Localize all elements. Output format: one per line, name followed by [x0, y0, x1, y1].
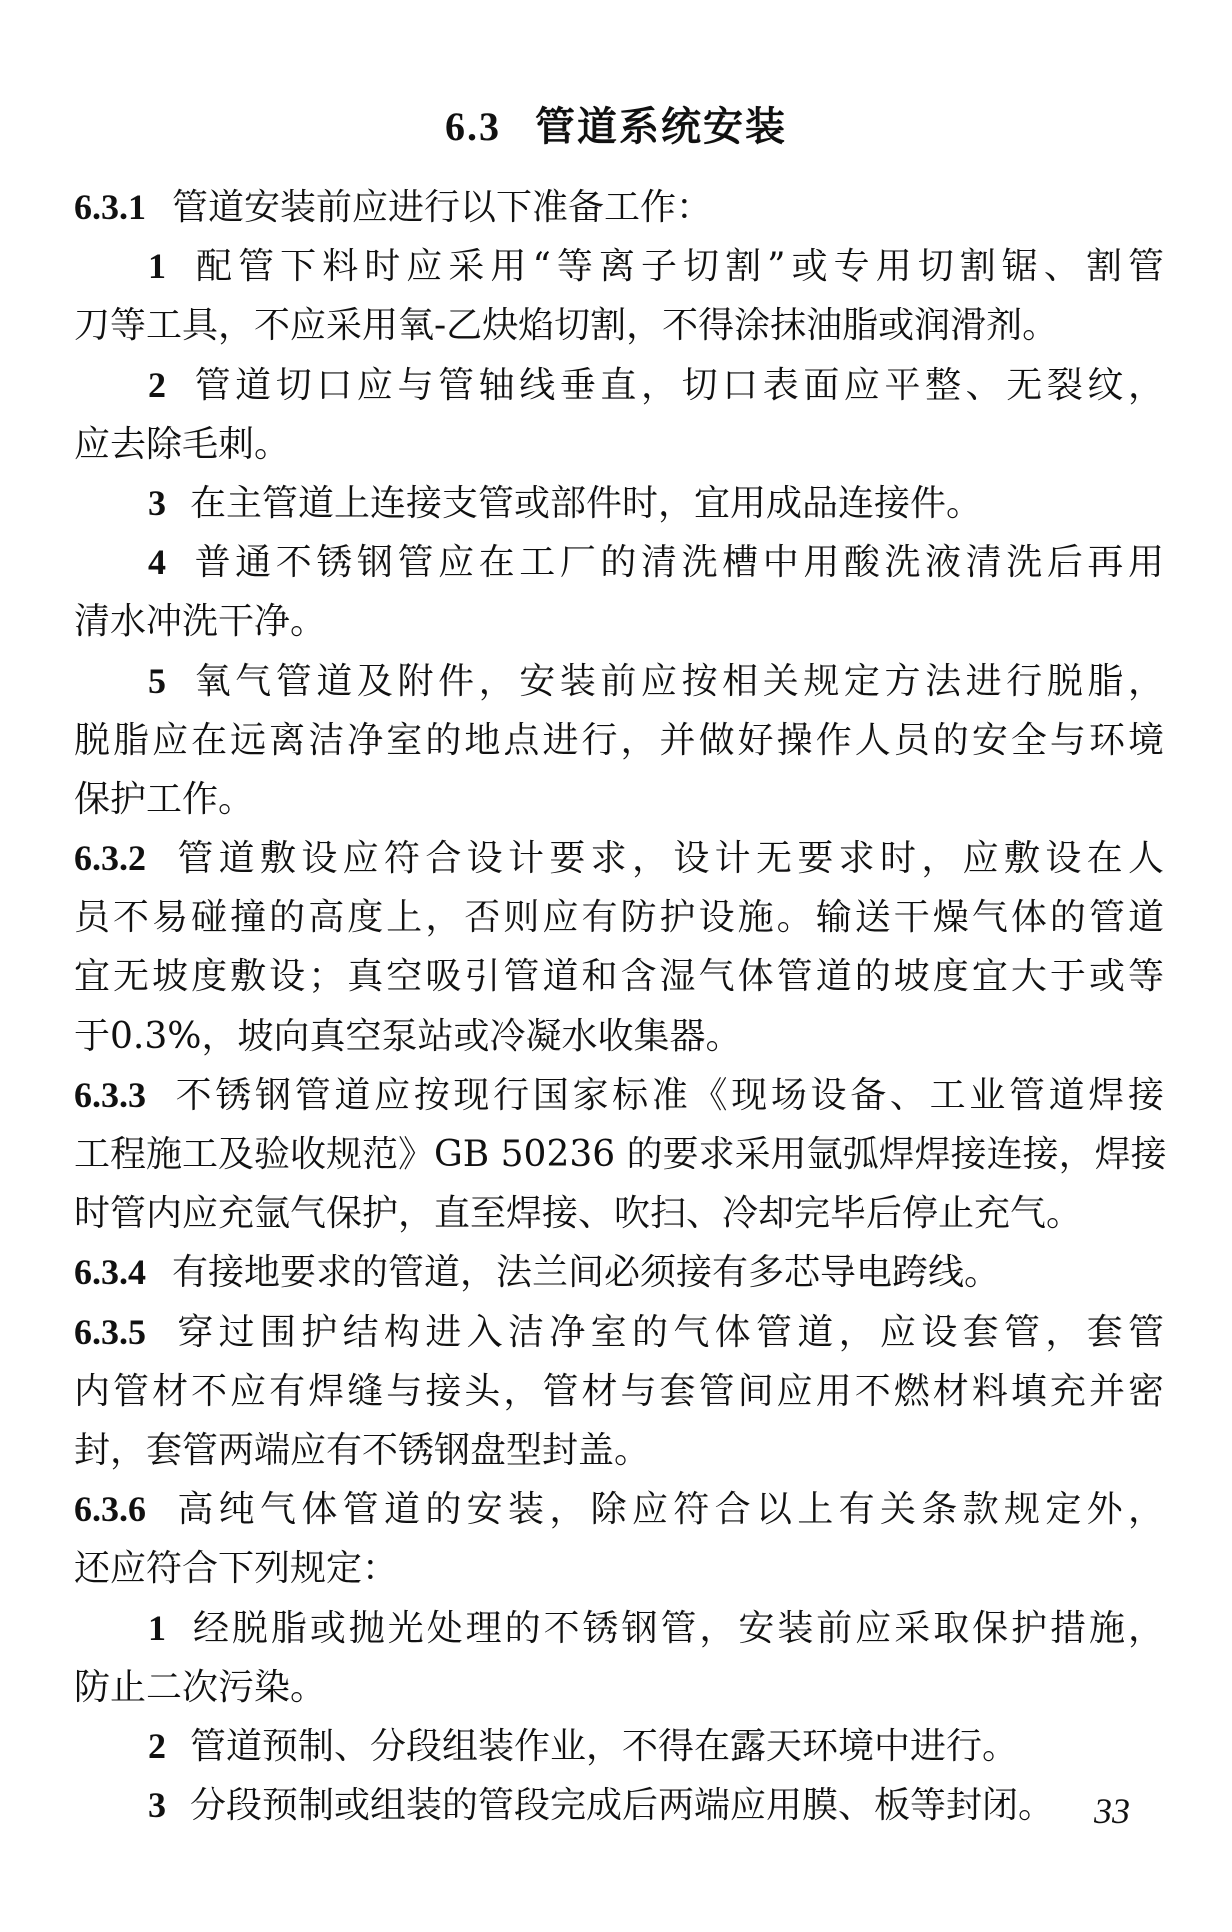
clause-text-cont: 于0.3%，坡向真空泵站或冷凝水收集器。 — [74, 1007, 1164, 1066]
item-1: 1配管下料时应采用“等离子切割”或专用切割锯、割管 — [74, 237, 1164, 296]
item-number: 1 — [148, 246, 166, 286]
item-text: 管道预制、分段组装作业，不得在露天环境中进行。 — [190, 1726, 1018, 1767]
clause-text: 高纯气体管道的安装，除应符合以上有关条款规定外， — [172, 1489, 1164, 1530]
item-2: 2管道切口应与管轴线垂直，切口表面应平整、无裂纹， — [74, 356, 1164, 415]
item-number: 1 — [148, 1608, 166, 1648]
clause-text: 有接地要求的管道，法兰间必须接有多芯导电跨线。 — [172, 1252, 1000, 1293]
item-number: 5 — [148, 661, 166, 701]
clause-text-cont: 封，套管两端应有不锈钢盘型封盖。 — [74, 1421, 1164, 1480]
clause-6-3-3: 6.3.3不锈钢管道应按现行国家标准《现场设备、工业管道焊接 — [74, 1066, 1164, 1125]
item-1: 1经脱脂或抛光处理的不锈钢管，安装前应采取保护措施， — [74, 1599, 1164, 1658]
item-text-cont: 清水冲洗干净。 — [74, 592, 1164, 651]
item-2: 2管道预制、分段组装作业，不得在露天环境中进行。 — [74, 1717, 1164, 1776]
item-text-cont: 应去除毛刺。 — [74, 415, 1164, 474]
clause-6-3-1: 6.3.1管道安装前应进行以下准备工作： — [74, 178, 1164, 237]
item-number: 3 — [148, 1785, 166, 1825]
item-text: 在主管道上连接支管或部件时，宜用成品连接件。 — [190, 483, 982, 524]
clause-6-3-6: 6.3.6高纯气体管道的安装，除应符合以上有关条款规定外， — [74, 1480, 1164, 1539]
clause-text: 管道敷设应符合设计要求，设计无要求时，应敷设在人 — [172, 838, 1164, 879]
clause-text: 穿过围护结构进入洁净室的气体管道，应设套管，套管 — [172, 1312, 1164, 1353]
item-text: 氧气管道及附件，安装前应按相关规定方法进行脱脂， — [190, 661, 1164, 702]
item-text-cont: 脱脂应在远离洁净室的地点进行，并做好操作人员的安全与环境 — [74, 711, 1164, 770]
section-heading: 6.3管道系统安装 — [0, 95, 1232, 152]
clause-number: 6.3.2 — [74, 838, 146, 878]
clause-6-3-4: 6.3.4有接地要求的管道，法兰间必须接有多芯导电跨线。 — [74, 1243, 1164, 1302]
clause-6-3-5: 6.3.5穿过围护结构进入洁净室的气体管道，应设套管，套管 — [74, 1303, 1164, 1362]
document-body: 6.3.1管道安装前应进行以下准备工作： 1配管下料时应采用“等离子切割”或专用… — [74, 178, 1164, 1835]
item-3: 3在主管道上连接支管或部件时，宜用成品连接件。 — [74, 474, 1164, 533]
item-text: 管道切口应与管轴线垂直，切口表面应平整、无裂纹， — [190, 365, 1164, 406]
item-4: 4普通不锈钢管应在工厂的清洗槽中用酸洗液清洗后再用 — [74, 533, 1164, 592]
item-5: 5氧气管道及附件，安装前应按相关规定方法进行脱脂， — [74, 652, 1164, 711]
section-number: 6.3 — [445, 104, 501, 149]
item-number: 4 — [148, 542, 166, 582]
clause-text-cont: 工程施工及验收规范》GB 50236 的要求采用氩弧焊焊接连接，焊接 — [74, 1125, 1164, 1184]
clause-number: 6.3.1 — [74, 187, 146, 227]
clause-6-3-2: 6.3.2管道敷设应符合设计要求，设计无要求时，应敷设在人 — [74, 829, 1164, 888]
item-text: 配管下料时应采用“等离子切割”或专用切割锯、割管 — [190, 246, 1164, 287]
item-3: 3分段预制或组装的管段完成后两端应用膜、板等封闭。 — [74, 1776, 1164, 1835]
item-number: 2 — [148, 365, 166, 405]
item-text: 普通不锈钢管应在工厂的清洗槽中用酸洗液清洗后再用 — [190, 542, 1164, 583]
clause-text-cont: 时管内应充氩气保护，直至焊接、吹扫、冷却完毕后停止充气。 — [74, 1184, 1164, 1243]
item-number: 2 — [148, 1726, 166, 1766]
item-text-cont: 刀等工具，不应采用氧-乙炔焰切割，不得涂抹油脂或润滑剂。 — [74, 296, 1164, 355]
clause-text: 不锈钢管道应按现行国家标准《现场设备、工业管道焊接 — [172, 1075, 1164, 1116]
item-text: 分段预制或组装的管段完成后两端应用膜、板等封闭。 — [190, 1785, 1054, 1826]
clause-text-cont: 宜无坡度敷设；真空吸引管道和含湿气体管道的坡度宜大于或等 — [74, 947, 1164, 1006]
item-text: 经脱脂或抛光处理的不锈钢管，安装前应采取保护措施， — [190, 1608, 1164, 1649]
clause-number: 6.3.6 — [74, 1489, 146, 1529]
item-number: 3 — [148, 483, 166, 523]
clause-number: 6.3.5 — [74, 1312, 146, 1352]
page-number: 33 — [1094, 1790, 1130, 1832]
document-page: 6.3管道系统安装 6.3.1管道安装前应进行以下准备工作： 1配管下料时应采用… — [0, 0, 1232, 1932]
clause-number: 6.3.3 — [74, 1075, 146, 1115]
section-title: 管道系统安装 — [535, 103, 787, 150]
clause-text-cont: 内管材不应有焊缝与接头，管材与套管间应用不燃材料填充并密 — [74, 1362, 1164, 1421]
clause-text-cont: 还应符合下列规定： — [74, 1539, 1164, 1598]
clause-number: 6.3.4 — [74, 1252, 146, 1292]
clause-text: 管道安装前应进行以下准备工作： — [172, 187, 712, 228]
clause-text-cont: 员不易碰撞的高度上，否则应有防护设施。输送干燥气体的管道 — [74, 888, 1164, 947]
item-text-cont: 防止二次污染。 — [74, 1658, 1164, 1717]
item-text-cont: 保护工作。 — [74, 770, 1164, 829]
